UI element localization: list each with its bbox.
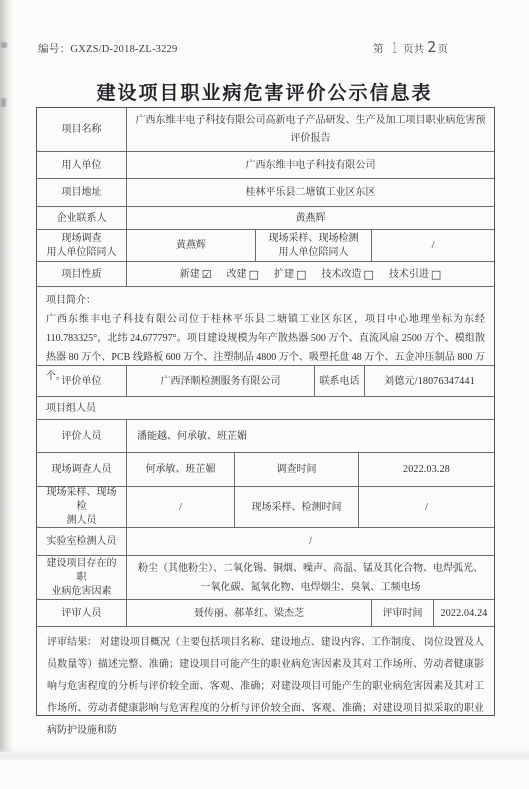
scan-edge-shadow	[0, 0, 13, 752]
project-intro: 项目简介：广西东维丰电子科技有限公司位于桂林平乐县二塘镇工业区东区，项目中心地理…	[37, 287, 494, 365]
document-number-value: GXZS/D-2018-ZL-3229	[70, 44, 177, 55]
option-label: 技术引进	[389, 269, 429, 280]
sampling-escort-value: /	[371, 230, 494, 261]
row-project-name: 项目名称 广西东维丰电子科技有限公司高新电子产品研发、生产及加工项目职业病危害预…	[37, 108, 494, 151]
project-nature-label: 项目性质	[37, 262, 126, 286]
sampling-staff-value: /	[126, 487, 234, 527]
survey-staff-label: 现场调查人员	[37, 453, 126, 486]
company-contact-value: 黄燕辉	[126, 207, 494, 229]
checkbox-icon: □	[363, 268, 373, 281]
row-project-address: 项目地址 桂林平乐县二塘镇工业区东区	[37, 178, 494, 206]
employer-label: 用人单位	[37, 152, 126, 178]
checkbox-icon: □	[249, 268, 259, 281]
review-staff-label: 评审人员	[37, 600, 126, 626]
row-project-intro: 项目简介：广西东维丰电子科技有限公司位于桂林平乐县二塘镇工业区东区，项目中心地理…	[37, 286, 494, 365]
row-evaluation-staff: 评价人员 潘能越、何承敏、班芷媚	[37, 419, 494, 452]
review-date-value: 2022.04.24	[433, 600, 494, 626]
row-sampling-staff: 现场采样、现场检 测人员 / 现场采样、检测时间 /	[37, 486, 494, 527]
handwritten-total-pages: 2	[426, 38, 437, 57]
document-number: 编号：GXZS/D-2018-ZL-3229	[38, 41, 177, 56]
row-company-contact: 企业联系人 黄燕辉	[37, 206, 494, 229]
evaluation-org-label: 评价单位	[37, 366, 126, 396]
document-number-label: 编号：	[38, 44, 70, 55]
project-address-label: 项目地址	[37, 179, 126, 206]
hazard-factors-label: 建设项目存在的职 业病危害因素	[37, 556, 126, 599]
page-suffix: 页	[438, 41, 449, 56]
option-rebuild: 改建□	[227, 266, 259, 282]
row-review-staff: 评审人员 聂传丽、郝革红、梁杰芝 评审时间 2022.04.24	[37, 599, 494, 626]
option-expand: 扩建□	[274, 266, 306, 282]
sampling-escort-label: 现场采样、现场检测 用人单位陪同人	[255, 230, 371, 261]
contact-phone-label: 联系电话	[314, 366, 364, 396]
checkbox-checked-icon: ☑	[202, 268, 212, 281]
project-nature-options: 新建☑ 改建□ 扩建□ 技术改造□ 技术引进□	[126, 262, 494, 286]
scan-smudge	[1, 42, 7, 48]
survey-escort-value: 黄燕辉	[126, 230, 255, 261]
lab-staff-value: /	[126, 528, 494, 555]
row-lab-staff: 实验室检测人员 /	[37, 527, 494, 555]
info-table: 项目名称 广西东维丰电子科技有限公司高新电子产品研发、生产及加工项目职业病危害预…	[36, 107, 495, 716]
evaluation-org-value: 广西泽顺检测服务有限公司	[126, 366, 314, 396]
option-label: 改建	[227, 269, 247, 280]
form-title: 建设项目职业病危害评价公示信息表	[0, 78, 529, 105]
nature-options-group: 新建☑ 改建□ 扩建□ 技术改造□ 技术引进□	[180, 266, 442, 282]
survey-staff-value: 何承敏、班芷媚	[126, 453, 234, 486]
option-label: 新建	[180, 269, 200, 280]
project-name-label: 项目名称	[37, 108, 126, 151]
review-staff-value: 聂传丽、郝革红、梁杰芝	[126, 600, 371, 626]
row-team-header: 项目组人员	[37, 396, 494, 419]
contact-phone-value: 刘德元/18076347441	[364, 366, 494, 396]
option-tech-import: 技术引进□	[389, 266, 441, 282]
sampling-date-value: /	[358, 487, 494, 527]
project-name-value: 广西东维丰电子科技有限公司高新电子产品研发、生产及加工项目职业病危害预评价报告	[126, 108, 494, 151]
row-project-nature: 项目性质 新建☑ 改建□ 扩建□ 技术改造□ 技术引进□	[37, 261, 494, 286]
option-tech-upgrade: 技术改造□	[321, 266, 373, 282]
row-evaluation-org: 评价单位 广西泽顺检测服务有限公司 联系电话 刘德元/18076347441	[37, 365, 494, 396]
review-result-text: 对建设项目概况（主要包括项目名称、建设地点、建设内容、工作制度、 岗位设置及人员…	[47, 637, 484, 736]
row-site-escorts: 现场调查 用人单位陪同人 黄燕辉 现场采样、现场检测 用人单位陪同人 /	[37, 229, 494, 261]
evaluation-staff-label: 评价人员	[37, 420, 126, 452]
employer-value: 广西东维丰电子科技有限公司	[126, 152, 494, 178]
survey-date-label: 调查时间	[234, 453, 358, 486]
sampling-staff-label: 现场采样、现场检 测人员	[37, 487, 126, 527]
row-employer: 用人单位 广西东维丰电子科技有限公司	[37, 151, 494, 178]
row-survey-staff: 现场调查人员 何承敏、班芷媚 调查时间 2022.03.28	[37, 452, 494, 486]
lab-staff-label: 实验室检测人员	[37, 528, 126, 555]
scan-bottom-shadow	[0, 748, 529, 762]
page-prefix: 第	[373, 41, 384, 56]
sampling-date-label: 现场采样、检测时间	[234, 487, 358, 527]
scanned-document-page: 编号：GXZS/D-2018-ZL-3229 第 1 页共 2 页 建设项目职业…	[0, 0, 529, 789]
project-intro-label: 项目简介：	[46, 291, 485, 310]
option-new-build: 新建☑	[180, 266, 212, 282]
survey-escort-label: 现场调查 用人单位陪同人	[37, 230, 126, 261]
checkbox-icon: □	[296, 268, 306, 281]
review-date-label: 评审时间	[371, 600, 433, 626]
review-result: 评审结果： 对建设项目概况（主要包括项目名称、建设地点、建设内容、工作制度、 岗…	[37, 627, 494, 715]
checkbox-icon: □	[431, 268, 441, 281]
team-section-header: 项目组人员	[37, 397, 494, 419]
option-label: 技术改造	[321, 269, 361, 280]
row-review-result: 评审结果： 对建设项目概况（主要包括项目名称、建设地点、建设内容、工作制度、 岗…	[37, 626, 494, 715]
page-middle: 页共	[403, 41, 424, 56]
row-hazard-factors: 建设项目存在的职 业病危害因素 粉尘（其他粉尘）、二氧化锡、铜烟、噪声、高温、锰…	[37, 555, 494, 599]
evaluation-staff-value: 潘能越、何承敏、班芷媚	[126, 420, 494, 452]
survey-date-value: 2022.03.28	[358, 453, 494, 486]
option-label: 扩建	[274, 269, 294, 280]
handwritten-current-page: 1	[392, 39, 397, 57]
company-contact-label: 企业联系人	[37, 207, 126, 229]
review-result-label: 评审结果：	[47, 637, 97, 648]
project-address-value: 桂林平乐县二塘镇工业区东区	[126, 179, 494, 206]
hazard-factors-value: 粉尘（其他粉尘）、二氧化锡、铜烟、噪声、高温、锰及其化合物、电焊弧光、一氧化碳、…	[126, 556, 494, 599]
page-number-indicator: 第 1 页共 2 页	[373, 38, 448, 59]
